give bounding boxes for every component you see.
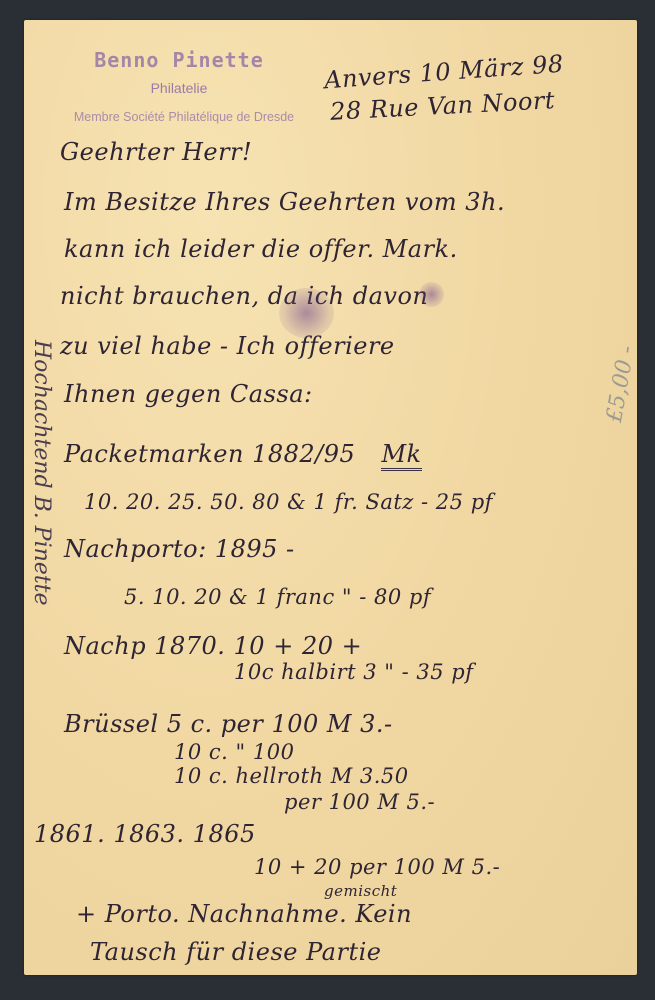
ink-blot [419, 282, 444, 307]
item-line: 10c halbirt 3 " - 35 pf [234, 660, 474, 684]
stamp-membership: Membre Société Philatélique de Dresde [34, 110, 334, 124]
item-line: Nachporto: 1895 - [64, 535, 295, 563]
item-line: 5. 10. 20 & 1 franc " - 80 pf [124, 585, 431, 609]
item-line: + Porto. Nachnahme. Kein [76, 900, 412, 928]
body-line: Ihnen gegen Cassa: [64, 380, 313, 408]
item-line: Tausch für diese Partie [90, 938, 381, 966]
body-line: kann ich leider die offer. Mark. [64, 235, 458, 263]
closing-signature: Hochachtend B. Pinette [29, 340, 54, 606]
item-line: 10. 20. 25. 50. 80 & 1 fr. Satz - 25 pf [84, 490, 493, 514]
pencil-price-note: £5,00 - [602, 344, 640, 425]
stamp-subtitle: Philatelie [54, 80, 304, 96]
postcard: Benno Pinette Philatelie Membre Société … [24, 20, 637, 975]
item-text: Packetmarken 1882/95 [64, 440, 355, 468]
body-line: Im Besitze Ihres Geehrten vom 3h. [64, 188, 505, 216]
item-line: 10 c. " 100 [174, 740, 294, 764]
salutation: Geehrter Herr! [60, 138, 252, 166]
address: 28 Rue Van Noort [329, 86, 555, 126]
item-line: per 100 M 5.- [284, 790, 435, 814]
body-line: nicht brauchen, da ich davon [60, 282, 428, 310]
item-line: Brüssel 5 c. per 100 M 3.- [64, 710, 393, 738]
item-note: Mk [381, 440, 421, 471]
item-line: 1861. 1863. 1865 [34, 820, 256, 848]
item-line: Packetmarken 1882/95 Mk [64, 440, 422, 468]
item-line: Nachp 1870. 10 + 20 + [64, 632, 362, 660]
stamp-name: Benno Pinette [54, 48, 304, 72]
item-line: 10 c. hellroth M 3.50 [174, 764, 409, 788]
body-line: zu viel habe - Ich offeriere [60, 332, 395, 360]
ink-blot [279, 288, 334, 338]
item-line: 10 + 20 per 100 M 5.- [254, 855, 500, 879]
item-line: gemischt [324, 882, 397, 900]
